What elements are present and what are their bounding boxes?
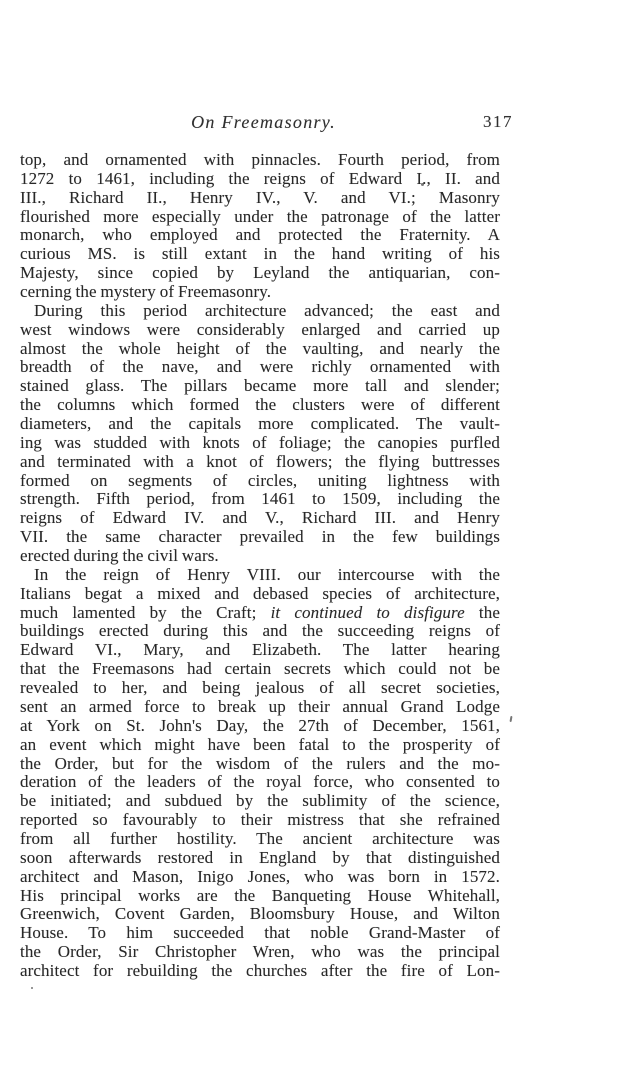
text-line: be initiated; and subdued by the sublimi… [20,792,500,811]
text-line: breadth of the nave, and were richly orn… [20,358,500,377]
text-line: 1272 to 1461, including the reigns of Ed… [20,170,500,189]
text-line: at York on St. John's Day, the 27th of D… [20,717,500,736]
text-segment-italic: it continued to disfigure [271,603,465,622]
page-header: On Freemasonry. 317 [20,112,507,140]
text-line: His principal works are the Banqueting H… [20,887,500,906]
text-line: and terminated with a knot of flowers; t… [20,453,500,472]
text-line: west windows were considerably enlarged … [20,321,500,340]
text-line: reported so favourably to their mistress… [20,811,500,830]
text-line: stained glass. The pillars became more t… [20,377,500,396]
text-line: top, and ornamented with pinnacles. Four… [20,151,500,170]
text-line: soon afterwards restored in England by t… [20,849,500,868]
text-line: House. To him succeeded that noble Grand… [20,924,500,943]
text-line: almost the whole height of the vaulting,… [20,340,500,359]
text-line: diameters, and the capitals more complic… [20,415,500,434]
scan-speck [421,183,424,186]
text-segment: much lamented by the Craft; [20,603,271,622]
page-number: 317 [483,112,513,132]
paragraph-1: top, and ornamented with pinnacles. Four… [20,151,500,302]
text-line: an event which might have been fatal to … [20,736,500,755]
text-line: cerning the mystery of Freemasonry. [20,283,500,302]
text-line: ing was studded with knots of foliage; t… [20,434,500,453]
text-line: architect and Mason, Inigo Jones, who wa… [20,868,500,887]
text-line: buildings erected during this and the su… [20,622,500,641]
text-line: III., Richard II., Henry IV., V. and VI.… [20,189,500,208]
text-line: deration of the leaders of the royal for… [20,773,500,792]
text-line: revealed to her, and being jealous of al… [20,679,500,698]
text-line: sent an armed force to break up their an… [20,698,500,717]
text-line: the Order, Sir Christopher Wren, who was… [20,943,500,962]
text-line: formed on segments of circles, uniting l… [20,472,500,491]
text-line: strength. Fifth period, from 1461 to 150… [20,490,500,509]
running-title: On Freemasonry. [20,112,507,133]
text-line: Italians begat a mixed and debased speci… [20,585,500,604]
text-line: Edward VI., Mary, and Elizabeth. The lat… [20,641,500,660]
text-line: from all further hostility. The ancient … [20,830,500,849]
text-line: architect for rebuilding the churches af… [20,962,500,981]
text-line: the Order, but for the wisdom of the rul… [20,755,500,774]
paragraph-3: In the reign of Henry VIII. our intercou… [20,566,500,981]
text-line: erected during the civil wars. [20,547,500,566]
text-line: VII. the same character prevailed in the… [20,528,500,547]
text-segment: the [465,603,500,622]
text-line: monarch, who employed and protected the … [20,226,500,245]
text-line: the columns which formed the clusters we… [20,396,500,415]
scan-speck [31,987,33,989]
book-page: On Freemasonry. 317 top, and ornamented … [0,0,627,1086]
text-line: Greenwich, Covent Garden, Bloomsbury Hou… [20,905,500,924]
paragraph-2: During this period architecture advanced… [20,302,500,566]
text-line: much lamented by the Craft; it continued… [20,604,500,623]
body-text: top, and ornamented with pinnacles. Four… [20,151,500,981]
text-line: Majesty, since copied by Leyland the ant… [20,264,500,283]
scan-speck [509,716,512,722]
text-line: that the Freemasons had certain secrets … [20,660,500,679]
text-line: In the reign of Henry VIII. our intercou… [20,566,500,585]
text-line: reigns of Edward IV. and V., Richard III… [20,509,500,528]
text-line: curious MS. is still extant in the hand … [20,245,500,264]
text-line: flourished more especially under the pat… [20,208,500,227]
text-line: During this period architecture advanced… [20,302,500,321]
